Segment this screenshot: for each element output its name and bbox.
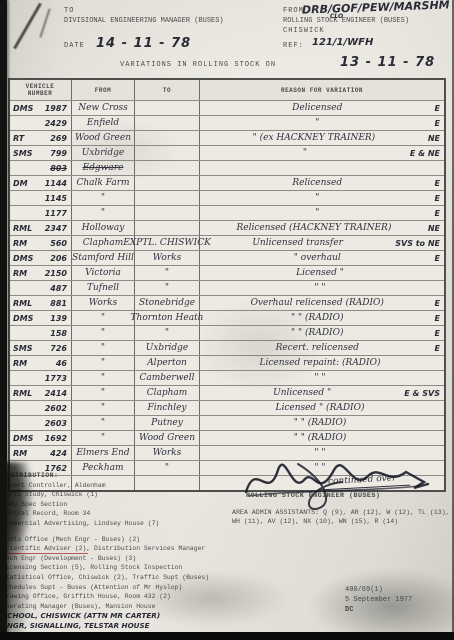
table-row: 2603 " Putney " " (RADIO) bbox=[10, 415, 444, 430]
reason-value: " bbox=[200, 192, 435, 204]
scan-streak bbox=[39, 8, 50, 37]
to-value: DIVISIONAL ENGINEERING MANAGER (BUSES) bbox=[64, 17, 224, 25]
reason-cell: " " bbox=[200, 281, 444, 295]
to-value: " bbox=[165, 282, 169, 294]
from-value: Tufnell bbox=[87, 282, 119, 294]
vehicle-number: 560 bbox=[50, 239, 67, 248]
status-code: E bbox=[435, 194, 444, 203]
to-cell: Putney bbox=[135, 416, 200, 430]
from-value: " bbox=[101, 207, 105, 219]
reason-value: " (ex HACKNEY TRAINER) bbox=[200, 132, 428, 144]
vehicle-prefix: SMS bbox=[13, 344, 32, 353]
status-code: E & SVS bbox=[404, 389, 444, 398]
document-title-date: 13 - 11 - 78 bbox=[340, 55, 435, 70]
vehicle-number: 726 bbox=[50, 344, 67, 353]
from-cell: Victoria bbox=[72, 266, 135, 280]
table-row: 487 Tufnell " " " bbox=[10, 280, 444, 295]
date-label: DATE bbox=[64, 42, 85, 50]
reason-cell: " " (RADIO) bbox=[200, 416, 444, 430]
to-cell bbox=[135, 206, 200, 220]
from-value: ROLLING STOCK ENGINEER (BUSES) bbox=[283, 17, 409, 25]
status-code: E bbox=[435, 209, 444, 218]
vehicle-number: 487 bbox=[50, 284, 67, 293]
reason-value: Relicensed bbox=[200, 177, 435, 189]
to-value: Works bbox=[153, 252, 181, 264]
vehicle-number: 881 bbox=[50, 299, 67, 308]
handwritten-routing: DRB/GOF/PEW/MARSHM bbox=[302, 0, 450, 17]
vehicle-cell: 1177 bbox=[10, 206, 72, 220]
table-header-row: VEHICLE NUMBER FROM TO REASON FOR VARIAT… bbox=[10, 80, 444, 100]
signature-scrawl bbox=[238, 452, 438, 510]
to-value: EXPTL. CHISWICK bbox=[123, 237, 211, 249]
reason-value: Unlicensed transfer bbox=[200, 237, 395, 249]
status-code: E bbox=[435, 119, 444, 128]
reason-value: " bbox=[200, 117, 435, 129]
to-value: Clapham bbox=[147, 387, 188, 399]
from-location: CHISWICK bbox=[283, 27, 325, 35]
status-code: NE bbox=[428, 134, 444, 143]
status-code: E bbox=[435, 344, 444, 353]
scan-stain bbox=[60, 120, 180, 180]
table-row: RM 560 Clapham EXPTL. CHISWICK Unlicense… bbox=[10, 235, 444, 250]
vehicle-prefix: RML bbox=[13, 299, 32, 308]
scanned-document: TO DIVISIONAL ENGINEERING MANAGER (BUSES… bbox=[0, 0, 454, 640]
from-label: FROM bbox=[283, 7, 304, 15]
table-row: DMS 1987 New Cross Delicensed E bbox=[10, 100, 444, 115]
to-cell: Finchley bbox=[135, 401, 200, 415]
vehicle-cell: DMS 139 bbox=[10, 311, 72, 325]
to-value: Finchley bbox=[147, 402, 186, 414]
from-value: " bbox=[101, 387, 105, 399]
vehicle-prefix: DM bbox=[13, 179, 28, 188]
ref-label: REF: bbox=[283, 42, 304, 50]
from-cell: Stamford Hill bbox=[72, 251, 135, 265]
from-cell: " bbox=[72, 311, 135, 325]
vehicle-number: 2150 bbox=[45, 269, 67, 278]
vehicle-number: 2602 bbox=[45, 404, 67, 413]
reason-cell: " overhaul E bbox=[200, 251, 444, 265]
vehicle-prefix: RML bbox=[13, 224, 32, 233]
to-cell: Works bbox=[135, 251, 200, 265]
reason-cell: Unlicensed transfer SVS to NE bbox=[200, 236, 444, 250]
from-cell: " bbox=[72, 206, 135, 220]
vehicle-prefix: RT bbox=[13, 134, 24, 143]
to-value: Camberwell bbox=[140, 372, 195, 384]
vehicle-number: 1145 bbox=[45, 194, 67, 203]
distribution-item: Costs Office (Mech Engr - Buses) (2) bbox=[2, 535, 302, 545]
vehicle-cell: 2603 bbox=[10, 416, 72, 430]
from-cell: " bbox=[72, 401, 135, 415]
reason-value: Licensed " bbox=[200, 267, 440, 279]
status-code: E bbox=[435, 254, 444, 263]
vehicle-cell: SMS 726 bbox=[10, 341, 72, 355]
from-value: " bbox=[101, 342, 105, 354]
vehicle-prefix: SMS bbox=[13, 149, 32, 158]
vehicle-cell: RM 46 bbox=[10, 356, 72, 370]
reason-cell: " E bbox=[200, 191, 444, 205]
vehicle-cell: RM 560 bbox=[10, 236, 72, 250]
vehicle-prefix: RML bbox=[13, 389, 32, 398]
from-cell: Elmers End bbox=[72, 446, 135, 460]
vehicle-cell: 2602 bbox=[10, 401, 72, 415]
reason-cell: " E & NE bbox=[200, 146, 444, 160]
date-value-handwritten: 14 - 11 - 78 bbox=[96, 36, 191, 51]
table-row: RML 2347 Holloway Relicensed (HACKNEY TR… bbox=[10, 220, 444, 235]
reason-cell: Relicensed E bbox=[200, 176, 444, 190]
document-title: VARIATIONS IN ROLLING STOCK ON bbox=[120, 61, 276, 69]
vehicle-number: 206 bbox=[50, 254, 67, 263]
vehicle-number: 1692 bbox=[45, 434, 67, 443]
reason-value: " " (RADIO) bbox=[200, 417, 440, 429]
vehicle-cell: 487 bbox=[10, 281, 72, 295]
vehicle-prefix: RM bbox=[13, 449, 27, 458]
table-row: RM 2150 Victoria " Licensed " bbox=[10, 265, 444, 280]
to-label: TO bbox=[64, 7, 74, 15]
signatory-title: ROLLING STOCK ENGINEER (BUSES) bbox=[246, 492, 380, 500]
vehicle-number: 424 bbox=[50, 449, 67, 458]
from-value: " bbox=[101, 357, 105, 369]
from-value: " bbox=[101, 372, 105, 384]
vehicle-prefix: DMS bbox=[13, 314, 33, 323]
reason-cell: Delicensed E bbox=[200, 101, 444, 115]
from-value: " bbox=[101, 417, 105, 429]
from-cell: " bbox=[72, 341, 135, 355]
scan-edge-left-shadow bbox=[6, 0, 9, 640]
reason-value: " overhaul bbox=[200, 252, 435, 264]
from-value: " bbox=[101, 402, 105, 414]
from-value: " bbox=[101, 312, 105, 324]
from-cell: " bbox=[72, 386, 135, 400]
vehicle-number: 2603 bbox=[45, 419, 67, 428]
area-admin-assistants: AREA ADMIN ASSISTANTS: Q (9), AR (12), W… bbox=[232, 508, 450, 527]
vehicle-cell: 1773 bbox=[10, 371, 72, 385]
reason-value: " " (RADIO) bbox=[200, 432, 440, 444]
status-code: E bbox=[435, 329, 444, 338]
table-row: 2602 " Finchley Licensed " (RADIO) bbox=[10, 400, 444, 415]
status-code: E & NE bbox=[410, 149, 444, 158]
status-code: E bbox=[435, 179, 444, 188]
reason-cell: Licensed " (RADIO) bbox=[200, 401, 444, 415]
to-cell: Wood Green bbox=[135, 431, 200, 445]
scan-streak bbox=[13, 3, 42, 50]
vehicle-prefix: RM bbox=[13, 269, 27, 278]
to-cell: Thornton Heath bbox=[135, 311, 200, 325]
status-code: SVS to NE bbox=[395, 239, 444, 248]
to-cell: Alperton bbox=[135, 356, 200, 370]
status-code: E bbox=[435, 299, 444, 308]
vehicle-cell: RML 881 bbox=[10, 296, 72, 310]
vehicle-prefix: DMS bbox=[13, 104, 33, 113]
col-header-from: FROM bbox=[72, 80, 135, 100]
reason-cell: Relicensed (HACKNEY TRAINER) NE bbox=[200, 221, 444, 235]
reason-cell: " " (RADIO) bbox=[200, 431, 444, 445]
reason-cell: " E bbox=[200, 206, 444, 220]
from-cell: " bbox=[72, 356, 135, 370]
from-cell: " bbox=[72, 326, 135, 340]
table-row: DMS 206 Stamford Hill Works " overhaul E bbox=[10, 250, 444, 265]
vehicle-number: 2414 bbox=[45, 389, 67, 398]
col-header-vehicle-number: VEHICLE NUMBER bbox=[10, 80, 72, 100]
vehicle-number: 1177 bbox=[45, 209, 67, 218]
from-cell: " bbox=[72, 371, 135, 385]
from-value: Elmers End bbox=[76, 447, 129, 459]
to-value: " bbox=[165, 267, 169, 279]
vehicle-number: 2347 bbox=[45, 224, 67, 233]
to-cell: Uxbridge bbox=[135, 341, 200, 355]
vehicle-cell: 158 bbox=[10, 326, 72, 340]
col-header-reason: REASON FOR VARIATION bbox=[200, 80, 444, 100]
from-cell: Works bbox=[72, 296, 135, 310]
from-value: Holloway bbox=[82, 222, 125, 234]
scan-edge-bottom bbox=[0, 632, 454, 640]
to-value: Thornton Heath bbox=[131, 312, 204, 324]
vehicle-cell: RML 2414 bbox=[10, 386, 72, 400]
to-cell: " bbox=[135, 266, 200, 280]
status-code: NE bbox=[428, 224, 444, 233]
vehicle-cell: DMS 1692 bbox=[10, 431, 72, 445]
reason-value: Licensed " (RADIO) bbox=[200, 402, 440, 414]
from-cell: " bbox=[72, 431, 135, 445]
from-value: Stamford Hill bbox=[72, 252, 134, 264]
handwritten-routing-sub: CLO bbox=[330, 13, 343, 20]
vehicle-prefix: DMS bbox=[13, 434, 33, 443]
vehicle-number: 139 bbox=[50, 314, 67, 323]
to-cell: Stonebridge bbox=[135, 296, 200, 310]
vehicle-prefix: DMS bbox=[13, 254, 33, 263]
from-cell: " bbox=[72, 191, 135, 205]
from-value: Victoria bbox=[85, 267, 121, 279]
from-value: " bbox=[101, 327, 105, 339]
scan-smudge bbox=[290, 555, 454, 640]
from-value: Clapham bbox=[83, 237, 124, 249]
vehicle-cell: DMS 1987 bbox=[10, 101, 72, 115]
to-cell: " bbox=[135, 326, 200, 340]
to-cell: Clapham bbox=[135, 386, 200, 400]
to-cell: EXPTL. CHISWICK bbox=[135, 236, 200, 250]
from-value: New Cross bbox=[78, 102, 128, 114]
to-cell: Works bbox=[135, 446, 200, 460]
status-code: E bbox=[435, 104, 444, 113]
table-row: 1177 " " E bbox=[10, 205, 444, 220]
reason-value: " bbox=[200, 147, 410, 159]
reason-value: " bbox=[200, 207, 435, 219]
col-header-to: TO bbox=[135, 80, 200, 100]
to-value: Works bbox=[153, 447, 181, 459]
reason-cell: Licensed " bbox=[200, 266, 444, 280]
to-value: Stonebridge bbox=[139, 297, 195, 309]
table-row: DMS 1692 " Wood Green " " (RADIO) bbox=[10, 430, 444, 445]
to-cell: " bbox=[135, 281, 200, 295]
paper-background: TO DIVISIONAL ENGINEERING MANAGER (BUSES… bbox=[0, 0, 454, 640]
vehicle-prefix: RM bbox=[13, 239, 27, 248]
from-cell: New Cross bbox=[72, 101, 135, 115]
vehicle-number: 46 bbox=[56, 359, 67, 368]
to-value: Putney bbox=[151, 417, 183, 429]
to-cell bbox=[135, 221, 200, 235]
to-cell bbox=[135, 101, 200, 115]
from-value: " bbox=[101, 192, 105, 204]
to-value: Wood Green bbox=[139, 432, 195, 444]
reason-cell: " (ex HACKNEY TRAINER) NE bbox=[200, 131, 444, 145]
vehicle-cell: RML 2347 bbox=[10, 221, 72, 235]
reason-cell bbox=[200, 161, 444, 175]
to-value: Uxbridge bbox=[146, 342, 188, 354]
vehicle-number: 1773 bbox=[45, 374, 67, 383]
to-cell: Camberwell bbox=[135, 371, 200, 385]
vehicle-cell: DMS 206 bbox=[10, 251, 72, 265]
from-cell: Holloway bbox=[72, 221, 135, 235]
reason-value: Delicensed bbox=[200, 102, 435, 114]
vehicle-prefix: RM bbox=[13, 359, 27, 368]
reason-value: " " bbox=[200, 282, 440, 294]
status-code: E bbox=[435, 314, 444, 323]
distribution-item: Scientific Adviser (2), Distribution Ser… bbox=[2, 544, 302, 554]
reason-value: Relicensed (HACKNEY TRAINER) bbox=[200, 222, 428, 234]
vehicle-cell: RM 424 bbox=[10, 446, 72, 460]
vehicle-cell: 1145 bbox=[10, 191, 72, 205]
from-value: " bbox=[101, 432, 105, 444]
from-cell: " bbox=[72, 416, 135, 430]
scan-smudge bbox=[120, 560, 300, 630]
to-value: Alperton bbox=[147, 357, 187, 369]
to-value: " bbox=[165, 327, 169, 339]
vehicle-cell: RM 2150 bbox=[10, 266, 72, 280]
vehicle-number: 1987 bbox=[45, 104, 67, 113]
ref-value-handwritten: 121/1/WFH bbox=[312, 37, 373, 48]
to-cell bbox=[135, 191, 200, 205]
table-row: 1145 " " E bbox=[10, 190, 444, 205]
from-cell: Tufnell bbox=[72, 281, 135, 295]
vehicle-number: 158 bbox=[50, 329, 67, 338]
scan-stain bbox=[200, 300, 320, 390]
reason-cell: " E bbox=[200, 116, 444, 130]
from-value: Works bbox=[89, 297, 117, 309]
